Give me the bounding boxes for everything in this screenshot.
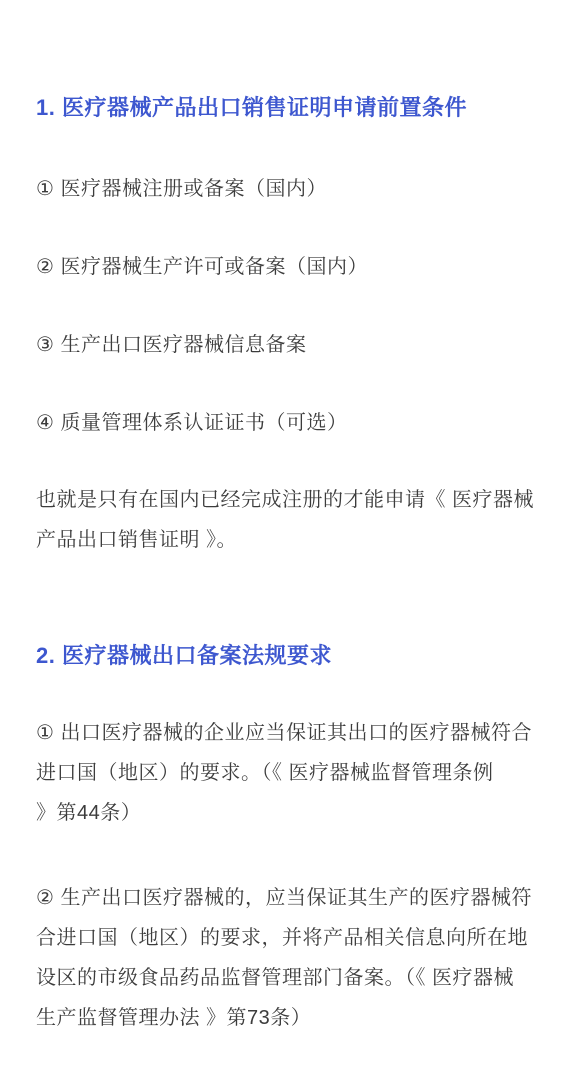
section-2-paragraph-1: ① 出口医疗器械的企业应当保证其出口的医疗器械符合 进口国（地区）的要求。（《 … [36, 713, 542, 833]
section-1-heading: 1. 医疗器械产品出口销售证明申请前置条件 [36, 92, 542, 124]
text-line: ② 生产出口医疗器械的，应当保证其生产的医疗器械符 [36, 878, 542, 918]
text-line: 设区的市级食品药品监督管理部门备案。（《 医疗器械 [36, 958, 542, 998]
section-1-list-item-2: ② 医疗器械生产许可或备案（国内） [36, 253, 542, 281]
section-1-list-item-3: ③ 生产出口医疗器械信息备案 [36, 331, 542, 359]
article-page: 1. 医疗器械产品出口销售证明申请前置条件 ① 医疗器械注册或备案（国内） ② … [0, 0, 578, 1081]
section-1-list-item-4: ④ 质量管理体系认证证书（可选） [36, 409, 542, 437]
section-2-paragraph-2: ② 生产出口医疗器械的，应当保证其生产的医疗器械符 合进口国（地区）的要求，并将… [36, 878, 542, 1038]
text-line: 进口国（地区）的要求。（《 医疗器械监督管理条例 [36, 753, 542, 793]
text-line: ① 出口医疗器械的企业应当保证其出口的医疗器械符合 [36, 713, 542, 753]
text-line: 也就是只有在国内已经完成注册的才能申请《 医疗器械 [36, 480, 542, 520]
section-2-heading: 2. 医疗器械出口备案法规要求 [36, 640, 542, 672]
text-line: 合进口国（地区）的要求，并将产品相关信息向所在地 [36, 918, 542, 958]
text-line: 产品出口销售证明 》。 [36, 520, 542, 560]
section-1-note-paragraph: 也就是只有在国内已经完成注册的才能申请《 医疗器械 产品出口销售证明 》。 [36, 480, 542, 560]
text-line: 生产监督管理办法 》第73条） [36, 998, 542, 1038]
section-1-list-item-1: ① 医疗器械注册或备案（国内） [36, 175, 542, 203]
text-line: 》第44条） [36, 793, 542, 833]
